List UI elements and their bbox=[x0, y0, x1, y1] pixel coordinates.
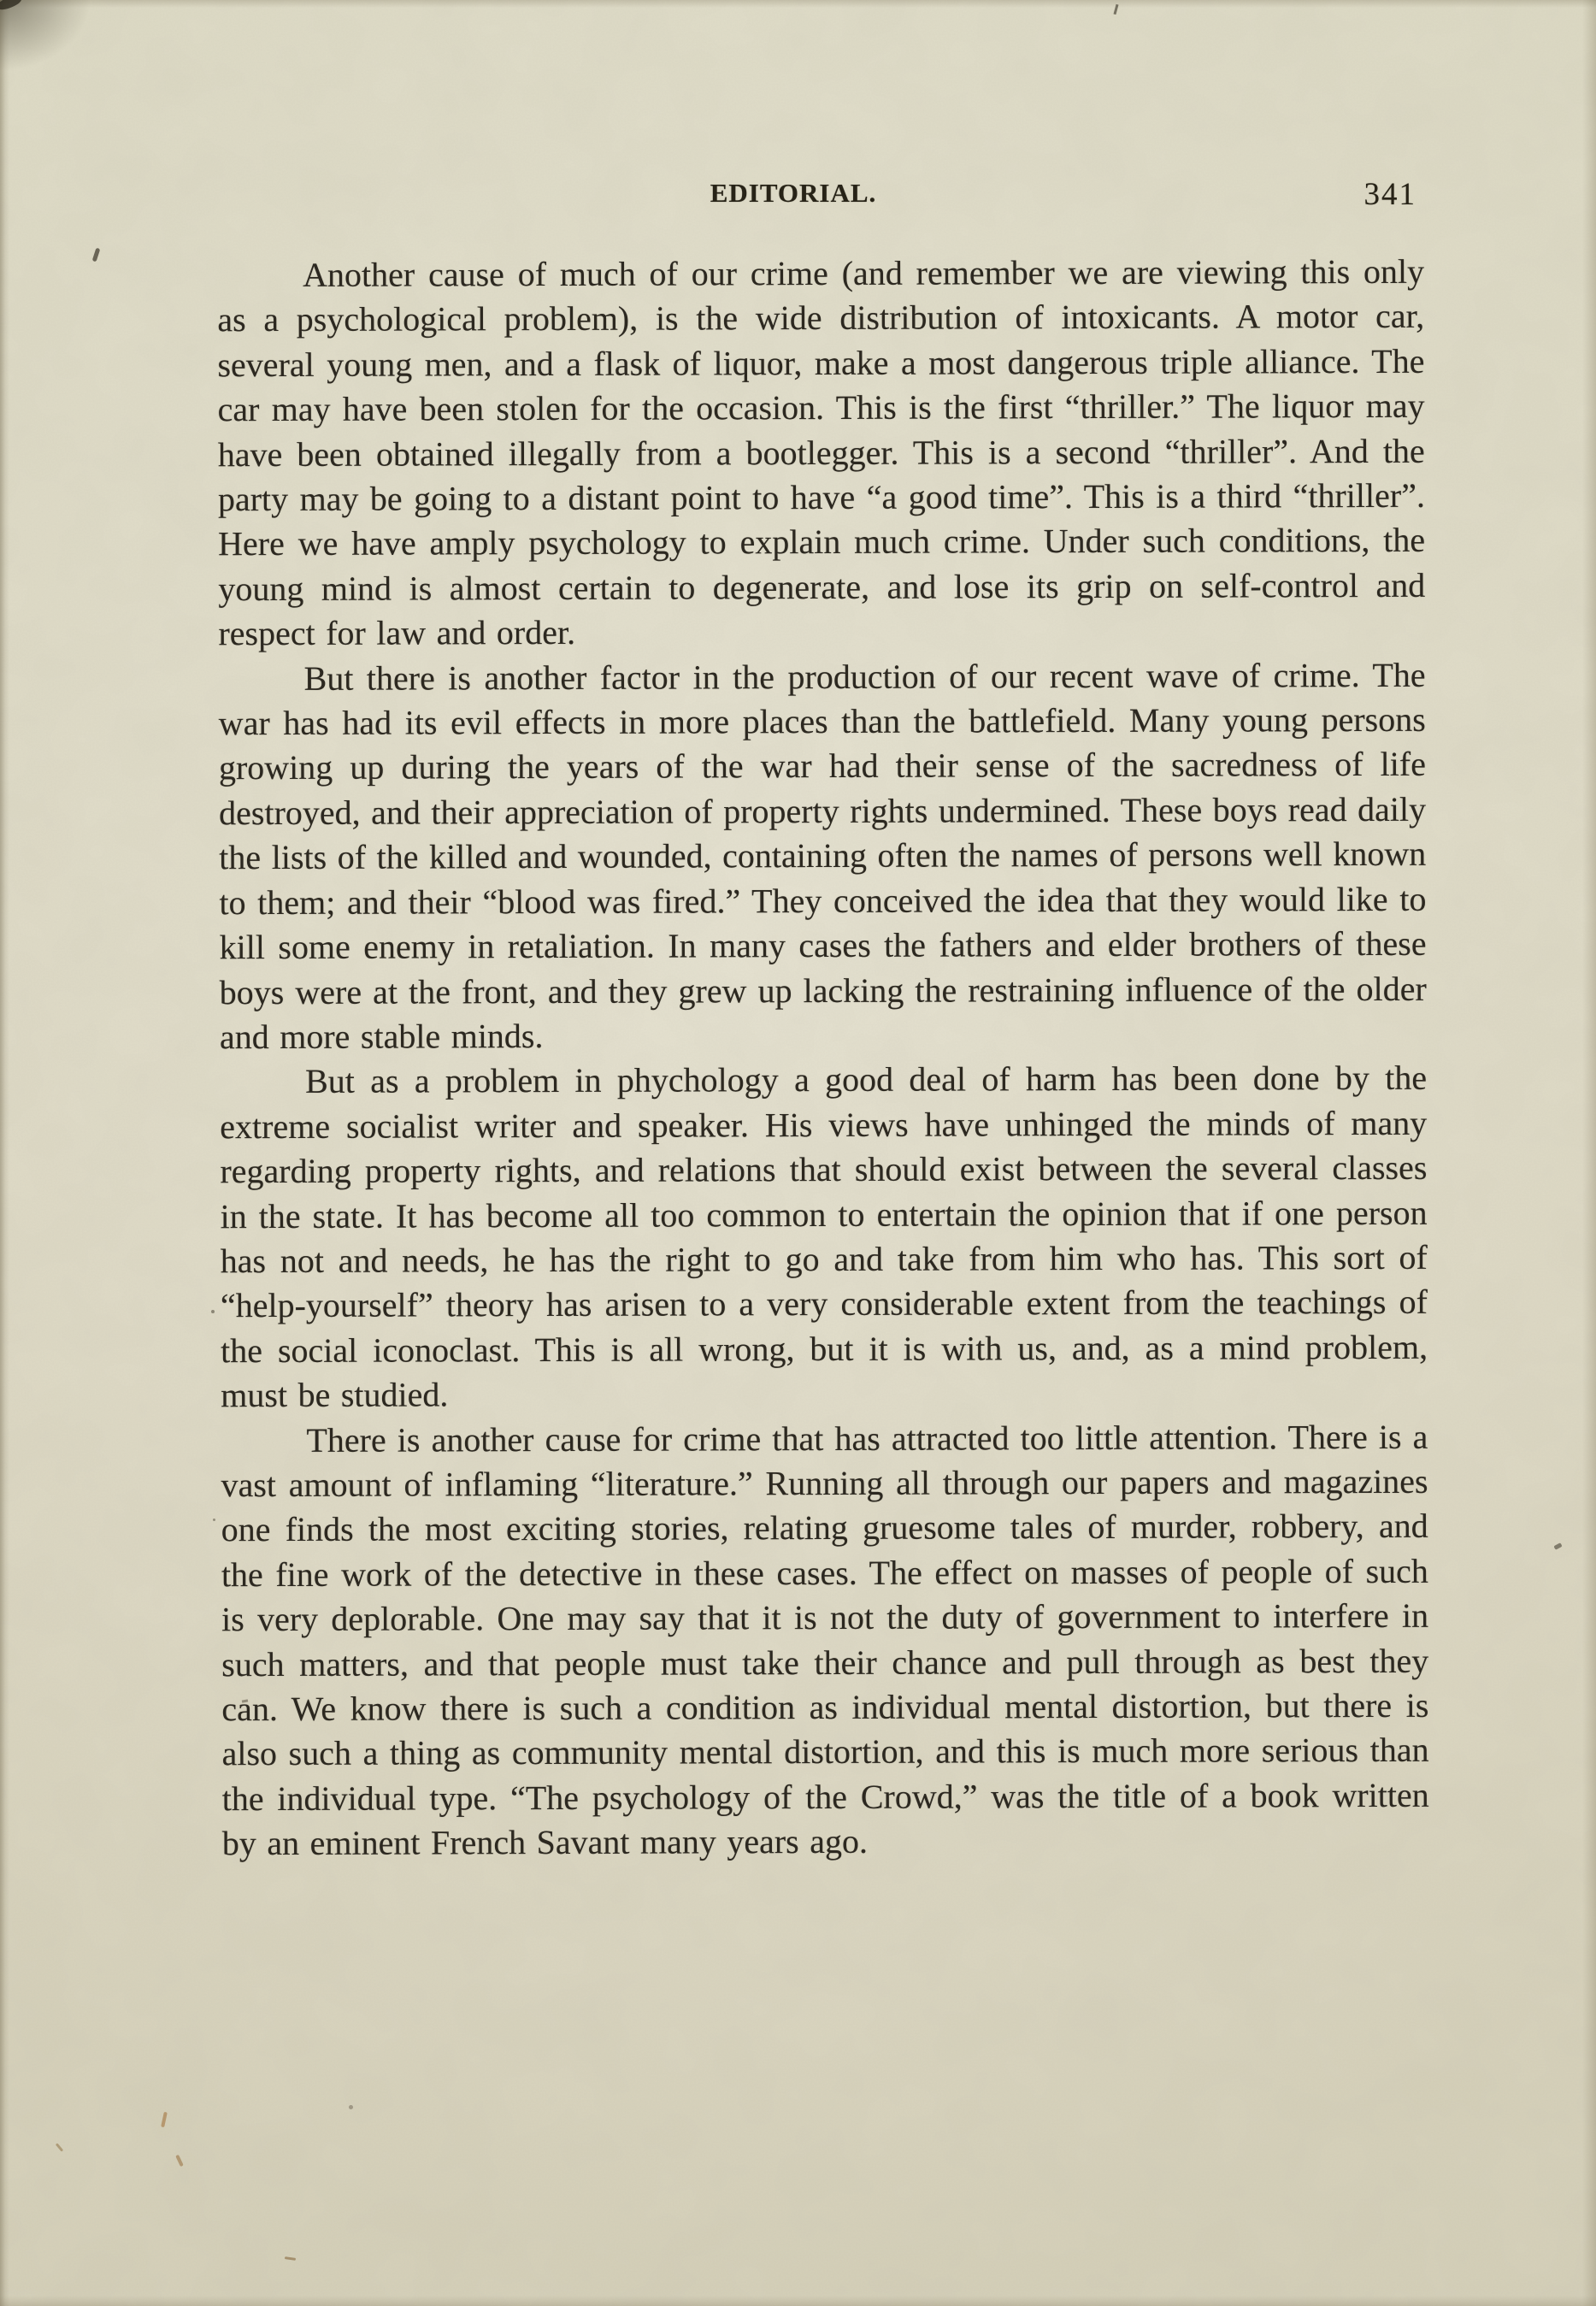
page-number: 341 bbox=[1364, 176, 1417, 213]
paragraph-2: But there is another factor in the produ… bbox=[219, 652, 1427, 1059]
paragraph-3: But as a problem in phychology a good de… bbox=[220, 1056, 1428, 1418]
page-edge-right bbox=[1582, 0, 1596, 2306]
scan-artifact bbox=[1553, 1542, 1562, 1550]
page-edge-top bbox=[0, 0, 1596, 8]
scan-artifact bbox=[92, 248, 101, 262]
scanned-page: EDITORIAL. 341 Another cause of much of … bbox=[0, 0, 1596, 2306]
corner-ink-smudge bbox=[0, 0, 23, 12]
paragraph-4: There is another cause for crime that ha… bbox=[221, 1414, 1429, 1866]
editorial-text: Another cause of much of our crime (and … bbox=[217, 250, 1429, 1867]
corner-shadow bbox=[0, 0, 94, 74]
page-edge-bottom bbox=[0, 2296, 1596, 2306]
scan-artifact bbox=[1113, 4, 1118, 15]
paragraph-1: Another cause of much of our crime (and … bbox=[217, 250, 1425, 657]
scan-artifact bbox=[213, 1519, 215, 1521]
paper-fiber bbox=[175, 2155, 184, 2167]
scan-artifact bbox=[211, 1310, 215, 1313]
scan-artifact bbox=[349, 2105, 353, 2109]
paper-fiber bbox=[56, 2143, 63, 2151]
page-edge-left bbox=[0, 0, 9, 2306]
paper-fiber bbox=[161, 2112, 168, 2127]
running-head: EDITORIAL. 341 bbox=[220, 176, 1425, 214]
page-title: EDITORIAL. bbox=[710, 178, 877, 209]
paper-fiber bbox=[285, 2256, 296, 2261]
